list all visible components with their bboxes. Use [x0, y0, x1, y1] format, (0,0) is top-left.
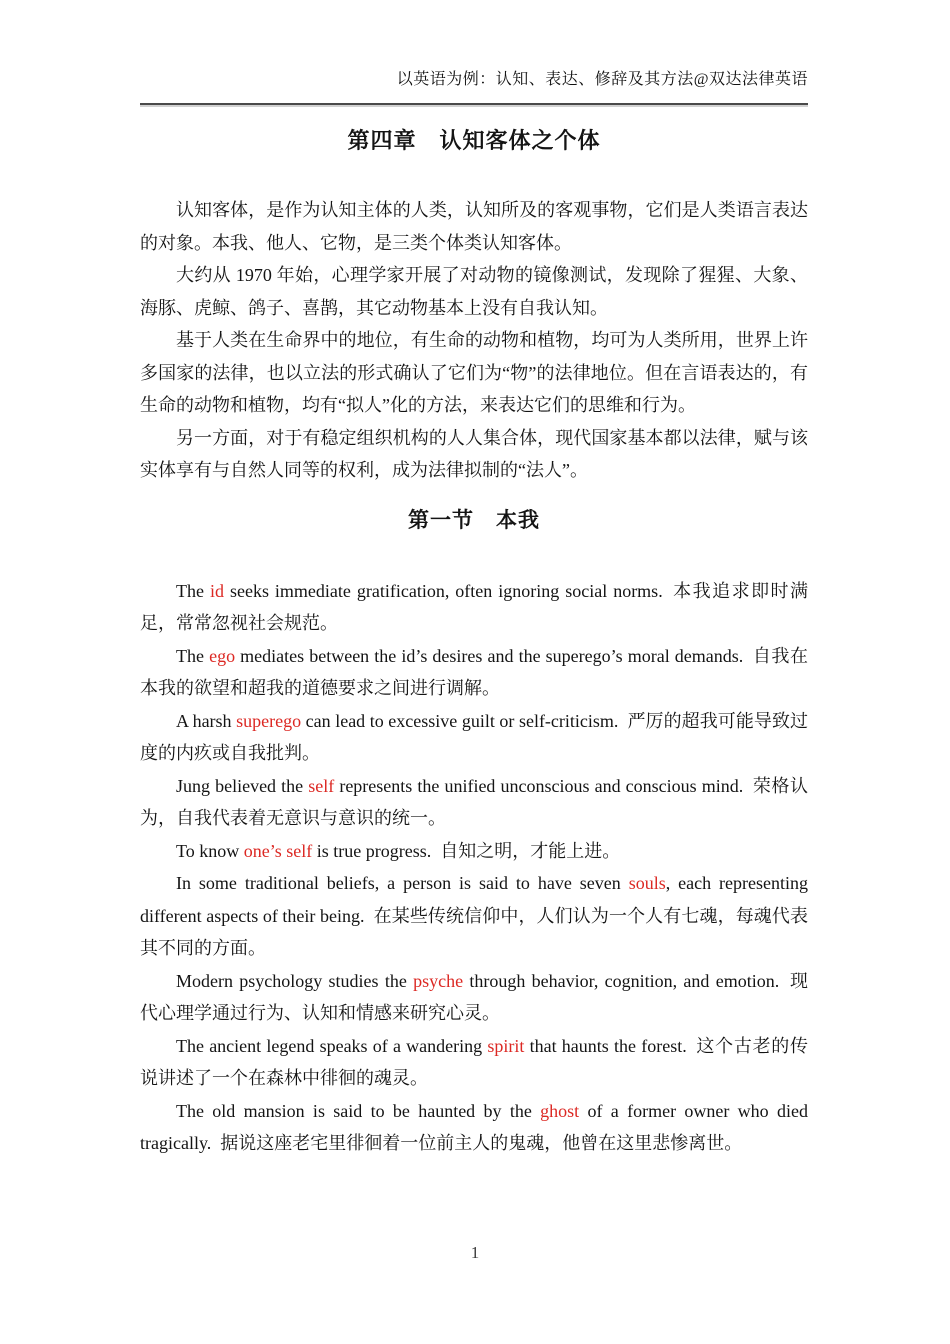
english-text-post: is true progress. — [312, 841, 431, 861]
english-text-pre: To know — [176, 841, 244, 861]
english-text-pre: The — [176, 581, 210, 601]
english-text-pre: Jung believed the — [176, 776, 308, 796]
highlighted-term: ghost — [540, 1101, 579, 1121]
english-text-post: through behavior, cognition, and emotion… — [463, 971, 779, 991]
highlighted-term: souls — [629, 873, 666, 893]
section-title: 第一节 本我 — [140, 506, 808, 535]
chinese-translation: 据说这座老宅里徘徊着一位前主人的鬼魂，他曾在这里悲惨离世。 — [220, 1133, 742, 1153]
english-text-pre: A harsh — [176, 711, 236, 731]
english-text-pre: In some traditional beliefs, a person is… — [176, 873, 629, 893]
highlighted-term: psyche — [413, 971, 463, 991]
english-text-post: represents the unified unconscious and c… — [334, 776, 743, 796]
highlighted-term: spirit — [487, 1036, 524, 1056]
highlighted-term: superego — [236, 711, 301, 731]
english-text-pre: The ancient legend speaks of a wandering — [176, 1036, 487, 1056]
term-sentence: The ancient legend speaks of a wandering… — [140, 1030, 808, 1095]
highlighted-term: self — [308, 776, 334, 796]
english-text-post: can lead to excessive guilt or self-crit… — [301, 711, 618, 731]
term-sentence: The id seeks immediate gratification, of… — [140, 575, 808, 640]
chinese-translation: 自知之明，才能上进。 — [440, 841, 620, 861]
header-rule — [140, 103, 808, 105]
term-sentence: In some traditional beliefs, a person is… — [140, 867, 808, 965]
highlighted-term: one’s self — [244, 841, 312, 861]
english-text-pre: The old mansion is said to be haunted by… — [176, 1101, 540, 1121]
highlighted-term: ego — [209, 646, 235, 666]
term-sentence: Jung believed the self represents the un… — [140, 770, 808, 835]
document-page: 以英语为例：认知、表达、修辞及其方法@双达法律英语 第四章 认知客体之个体 认知… — [0, 0, 950, 1344]
term-sentence: The ego mediates between the id’s desire… — [140, 640, 808, 705]
term-sentence: A harsh superego can lead to excessive g… — [140, 705, 808, 770]
highlighted-term: id — [210, 581, 224, 601]
english-text-pre: Modern psychology studies the — [176, 971, 413, 991]
intro-paragraph: 大约从 1970 年始，心理学家开展了对动物的镜像测试，发现除了猩猩、大象、海豚… — [140, 259, 808, 324]
term-sentence: To know one’s self is true progress.自知之明… — [140, 835, 808, 868]
intro-paragraph: 认知客体，是作为认知主体的人类，认知所及的客观事物，它们是人类语言表达的对象。本… — [140, 194, 808, 259]
chapter-title: 第四章 认知客体之个体 — [140, 126, 808, 156]
term-sentence: The old mansion is said to be haunted by… — [140, 1095, 808, 1160]
intro-section: 认知客体，是作为认知主体的人类，认知所及的客观事物，它们是人类语言表达的对象。本… — [140, 194, 808, 487]
english-text-post: mediates between the id’s desires and th… — [235, 646, 743, 666]
entries-section: The id seeks immediate gratification, of… — [140, 575, 808, 1160]
term-sentence: Modern psychology studies the psyche thr… — [140, 965, 808, 1030]
page-header: 以英语为例：认知、表达、修辞及其方法@双达法律英语 — [140, 66, 808, 89]
english-text-pre: The — [176, 646, 209, 666]
english-text-post: seeks immediate gratification, often ign… — [224, 581, 663, 601]
english-text-post: that haunts the forest. — [524, 1036, 686, 1056]
intro-paragraph: 基于人类在生命界中的地位，有生命的动物和植物，均可为人类所用，世界上许多国家的法… — [140, 324, 808, 422]
intro-paragraph: 另一方面，对于有稳定组织机构的人人集合体，现代国家基本都以法律，赋与该实体享有与… — [140, 422, 808, 487]
page-number: 1 — [0, 1243, 950, 1263]
page-content: 第四章 认知客体之个体 认知客体，是作为认知主体的人类，认知所及的客观事物，它们… — [140, 126, 808, 1160]
